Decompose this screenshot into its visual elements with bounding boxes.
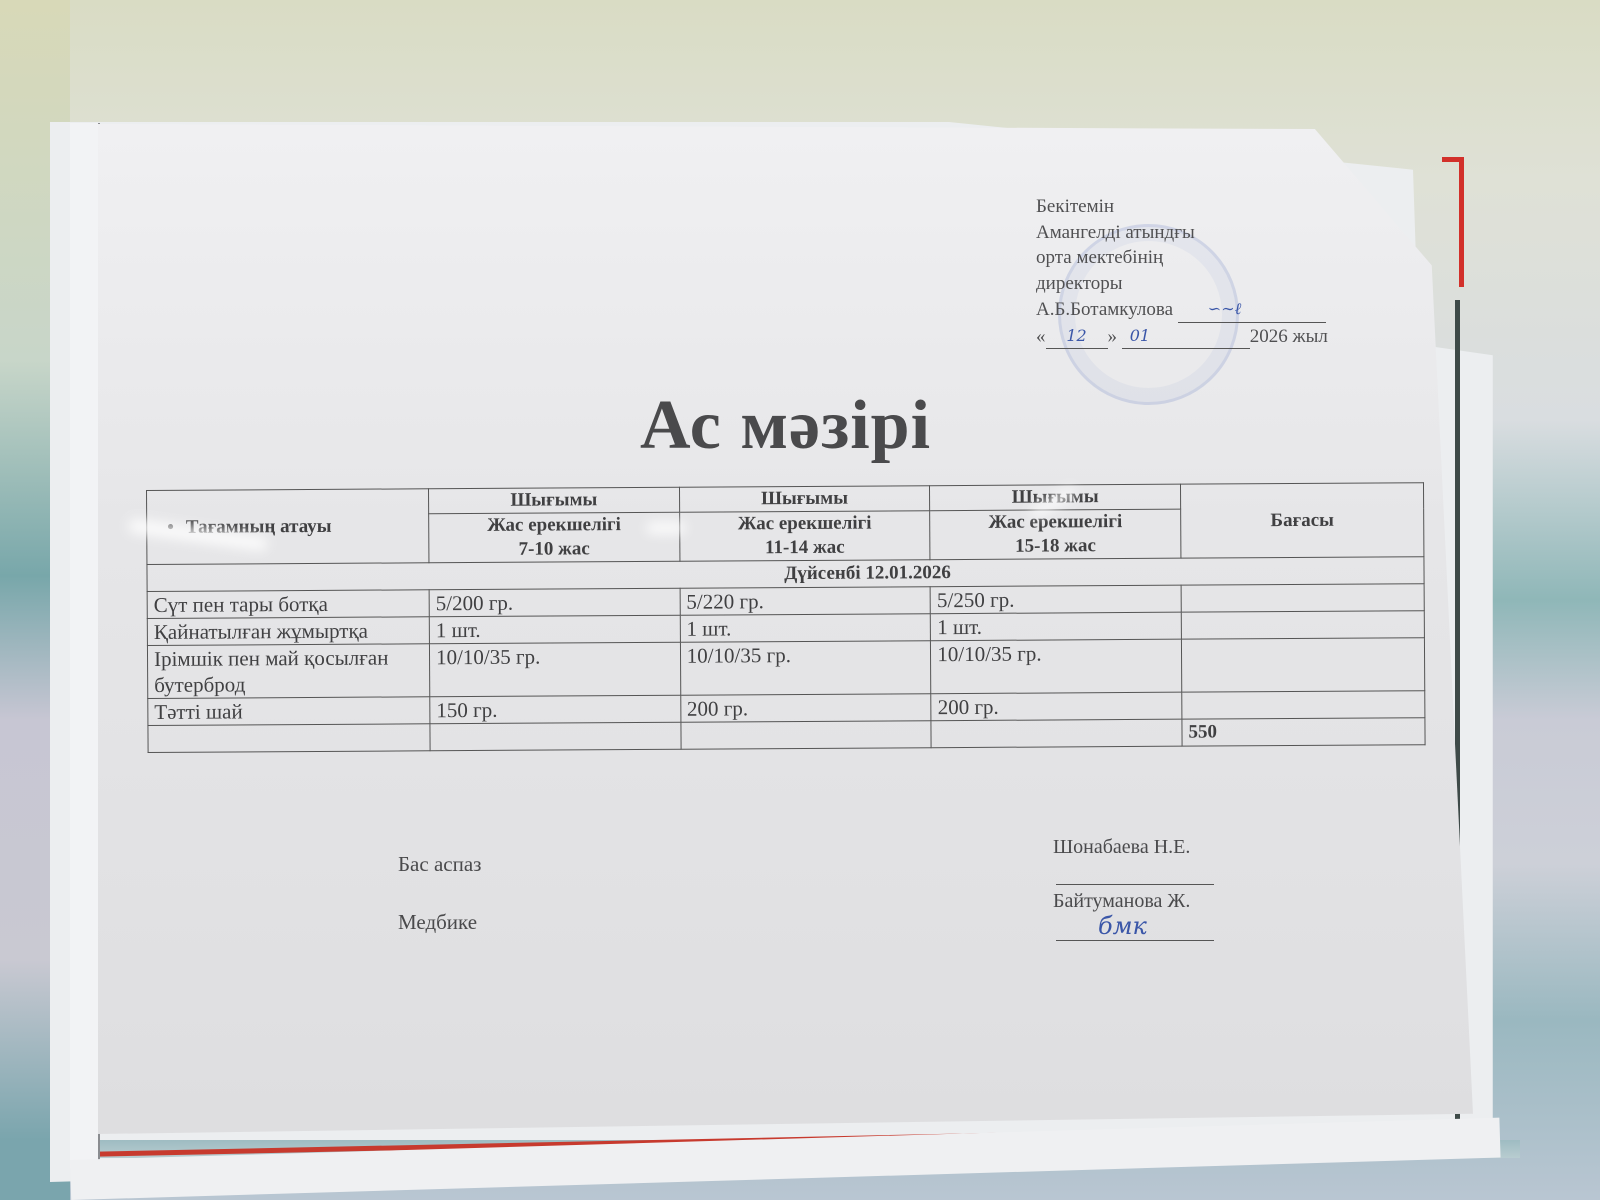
director-signature: ∽∼ℓ	[1178, 296, 1326, 323]
portion-15-18: 200 гр.	[931, 692, 1182, 721]
dish-name: Тәтті шай	[148, 697, 430, 726]
column-header-output: Шығымы	[428, 487, 679, 514]
nurse-signature-scribble-icon: бмк	[1098, 912, 1147, 940]
chef-name: Шонабаева Н.Е.	[1053, 836, 1190, 859]
director-name: А.Б.Ботамкулова	[1036, 299, 1173, 320]
portion-15-18: 10/10/35 гр.	[931, 639, 1182, 694]
chef-role: Бас аспаз	[398, 852, 481, 877]
dish-name: Қайнатылған жұмыртқа	[147, 617, 429, 646]
portion-7-10: 150 гр.	[430, 695, 681, 724]
portion-15-18: 5/250 гр.	[930, 585, 1181, 614]
date-quote-close: »	[1108, 326, 1118, 347]
column-header-age-15-18: Жас ерекшелігі 15-18 жас	[930, 509, 1181, 560]
nurse-role: Медбике	[398, 910, 477, 935]
approval-line: Амангелді атындғы	[1036, 220, 1328, 246]
plastic-sleeve-left	[70, 123, 100, 1168]
column-header-age-11-14: Жас ерекшелігі 11-14 жас	[679, 511, 930, 562]
portion-11-14: 10/10/35 гр.	[680, 641, 931, 696]
approval-block: Бекітемін Амангелді атындғы орта мектебі…	[1036, 194, 1328, 349]
date-month-field: 01	[1122, 323, 1250, 350]
portion-11-14: 1 шт.	[680, 614, 931, 643]
light-glare	[646, 522, 686, 534]
portion-15-18: 1 шт.	[931, 612, 1182, 641]
portion-7-10: 10/10/35 гр.	[429, 642, 680, 697]
menu-table: Тағамның атауы Шығымы Шығымы Шығымы Баға…	[146, 482, 1426, 753]
portion-7-10: 5/200 гр.	[429, 588, 680, 617]
table-row: Ірімшік пен май қосылған бутерброд 10/10…	[147, 638, 1424, 699]
date-day-field: 12	[1046, 323, 1108, 350]
total-price: 550	[1182, 718, 1425, 746]
column-header-price: Бағасы	[1180, 483, 1423, 558]
total-11-14	[681, 721, 932, 750]
approval-line: орта мектебінің	[1036, 245, 1328, 271]
approval-date: «12» 012026 жыл	[1036, 323, 1328, 350]
portion-11-14: 5/220 гр.	[680, 587, 931, 616]
total-15-18	[931, 719, 1182, 748]
dish-name: Сүт пен тары ботқа	[147, 590, 429, 619]
dish-name: Ірімшік пен май қосылған бутерброд	[147, 644, 429, 699]
portion-11-14: 200 гр.	[680, 694, 931, 723]
nurse-signature-line	[1056, 940, 1214, 941]
date-quote-open: «	[1036, 326, 1046, 347]
menu-document: Бекітемін Амангелді атындғы орта мектебі…	[98, 124, 1473, 1134]
approval-line: Бекітемін	[1036, 194, 1328, 220]
price-cell	[1181, 638, 1424, 692]
date-year: 2026 жыл	[1250, 326, 1328, 347]
column-header-output: Шығымы	[679, 486, 930, 513]
total-7-10	[430, 722, 681, 751]
column-header-age-7-10: Жас ерекшелігі 7-10 жас	[429, 512, 680, 563]
nurse-name: Байтуманова Ж.	[1053, 890, 1190, 913]
portion-7-10: 1 шт.	[429, 615, 680, 644]
chef-signature-line	[1056, 884, 1214, 885]
price-cell	[1181, 584, 1424, 612]
approval-line: директоры	[1036, 271, 1328, 297]
price-cell	[1181, 611, 1424, 639]
director-signature-line: А.Б.Ботамкулова ∽∼ℓ	[1036, 296, 1328, 323]
price-cell	[1182, 691, 1425, 719]
frame-red-edge-top	[1442, 157, 1464, 287]
signature-scribble-icon: ∽∼ℓ	[1208, 299, 1241, 318]
total-name	[148, 724, 430, 753]
page-title: Ас мәзірі	[98, 386, 1473, 466]
